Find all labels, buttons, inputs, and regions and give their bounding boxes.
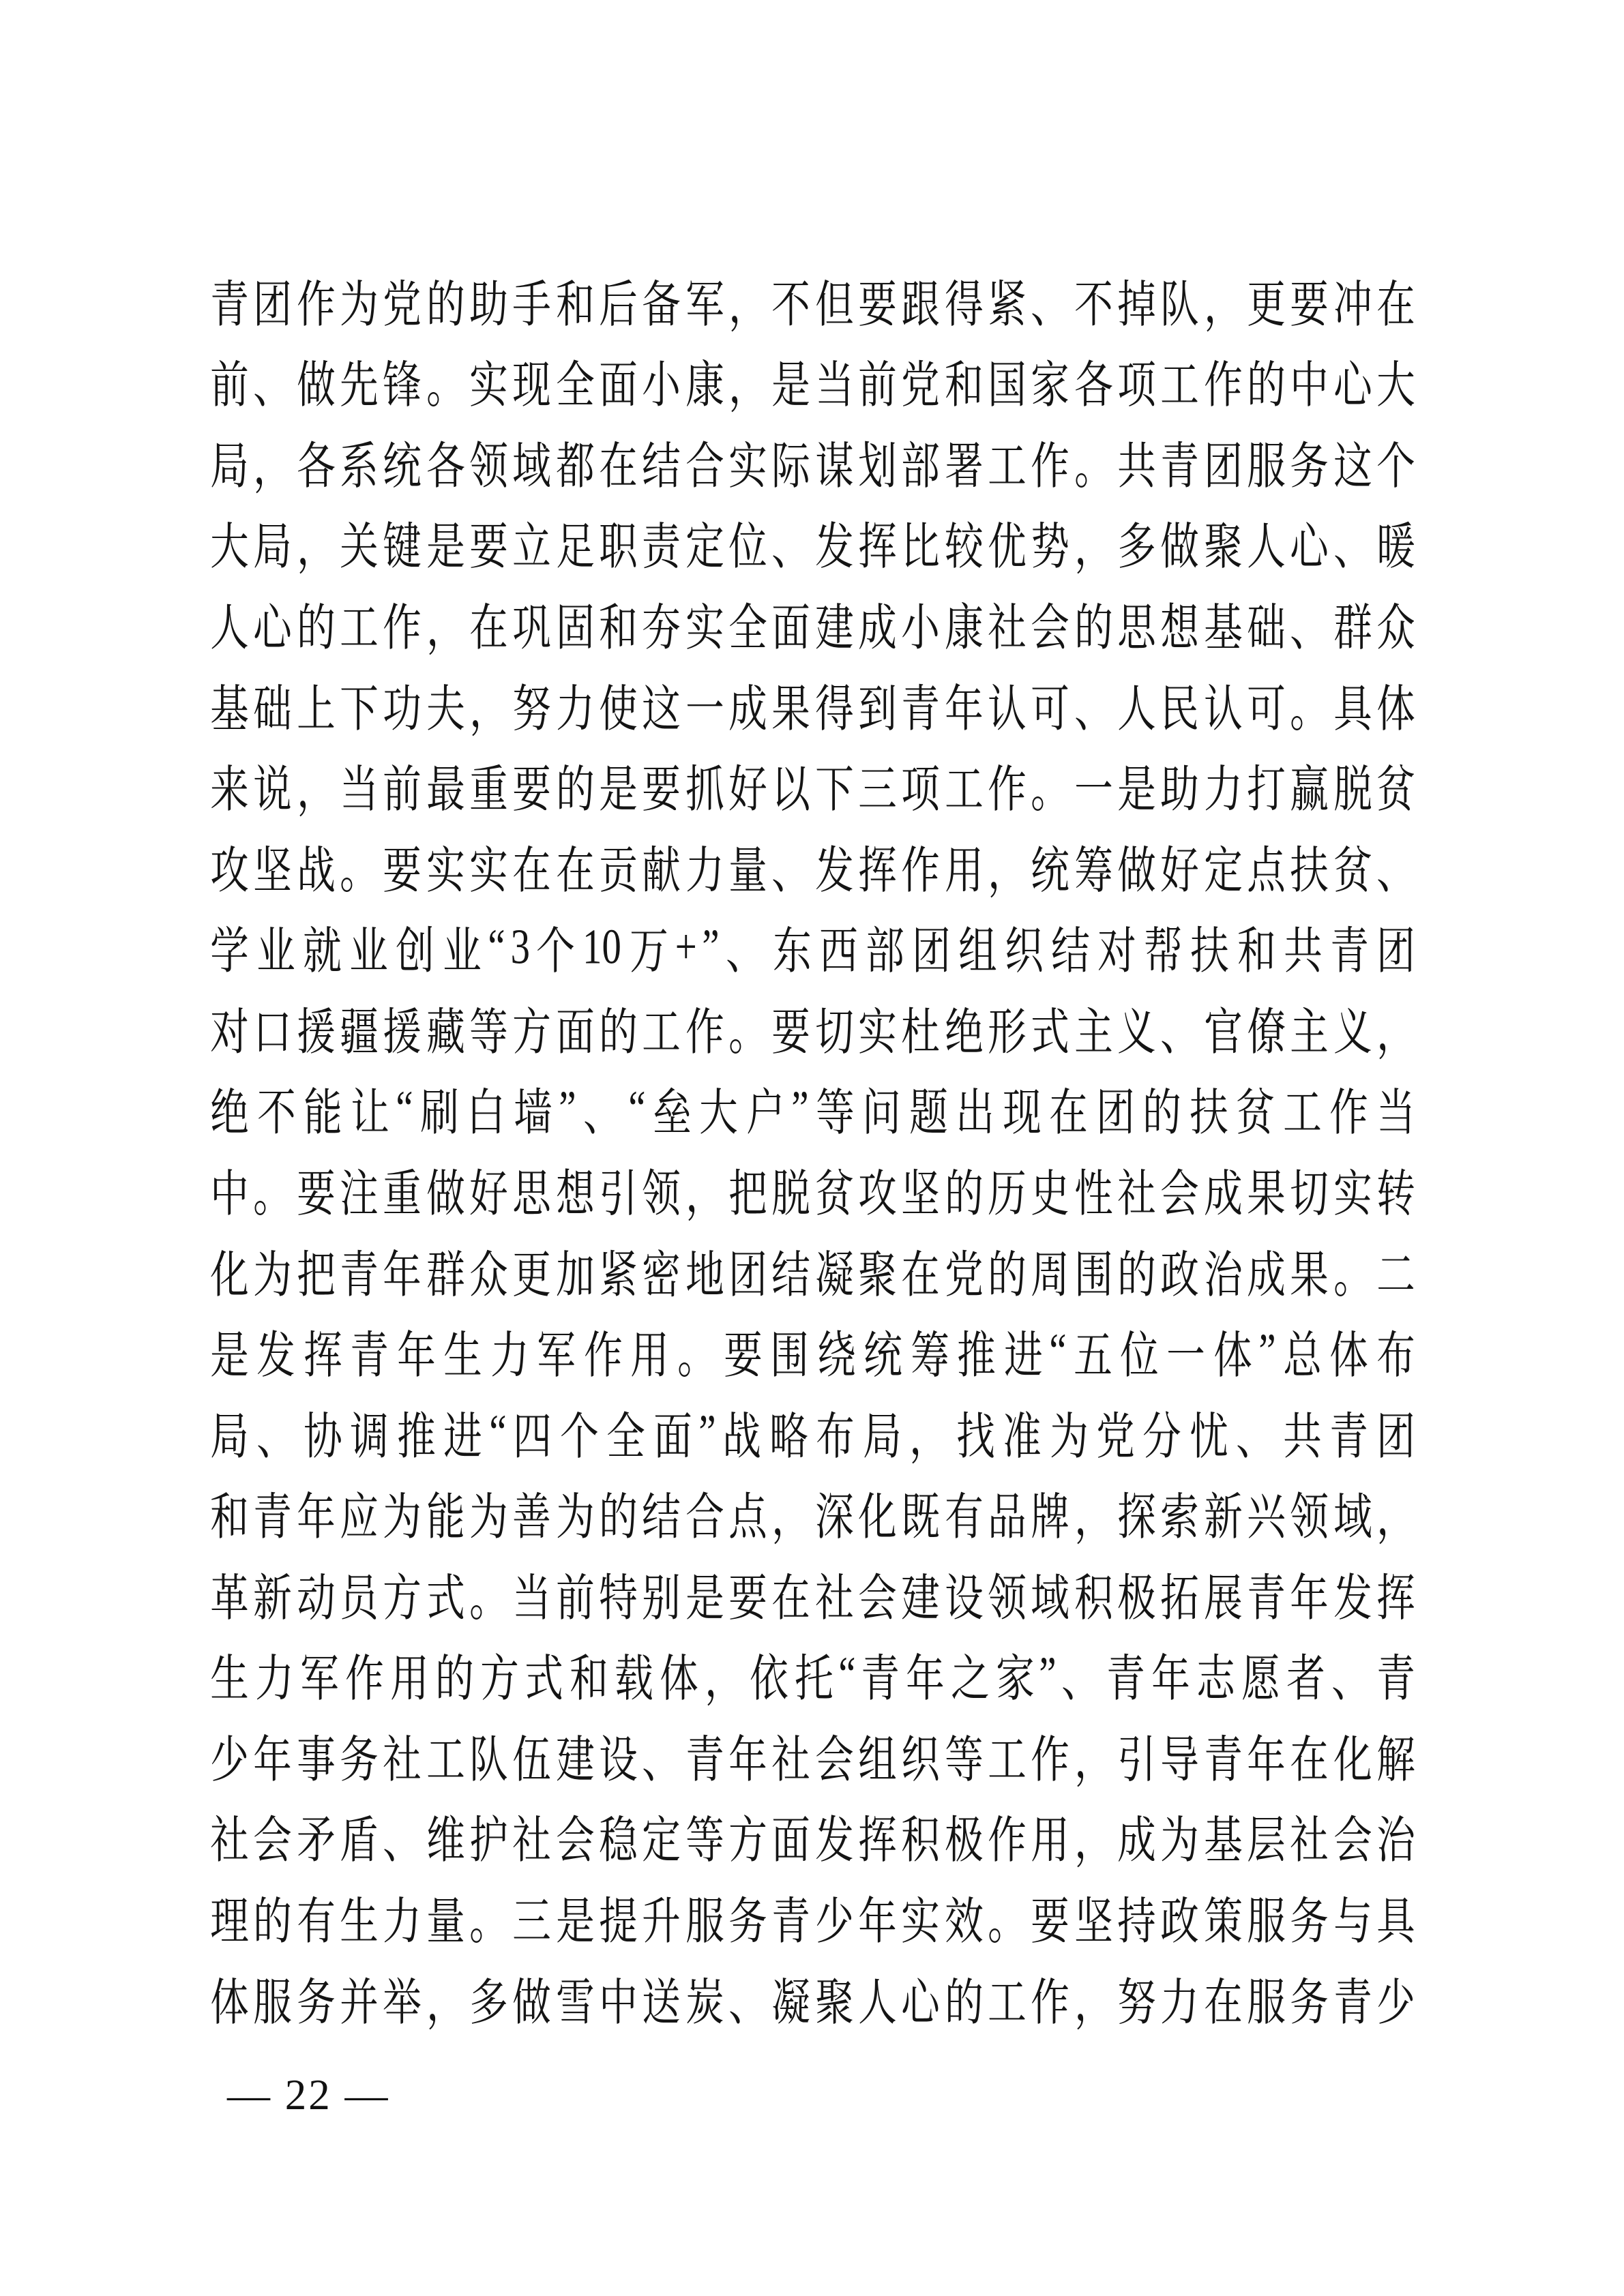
text-line: 化为把青年群众更加紧密地团结凝聚在党的周围的政治成果。二 [208, 1231, 1417, 1312]
page-number: — 22 — [227, 2070, 390, 2120]
text-line: 局、协调推进“四个全面”战略布局，找准为党分忧、共青团 [208, 1392, 1417, 1474]
text-line: 生力军作用的方式和载体，依托“青年之家”、青年志愿者、青 [208, 1635, 1417, 1716]
text-line: 大局，关键是要立足职责定位、发挥比较优势，多做聚人心、暖 [208, 503, 1417, 584]
document-body: 青团作为党的助手和后备军，不但要跟得紧、不掉队，更要冲在前、做先锋。实现全面小康… [208, 260, 1417, 2039]
text-line: 是发挥青年生力军作用。要围绕统筹推进“五位一体”总体布 [208, 1311, 1417, 1392]
text-line: 攻坚战。要实实在在贡献力量、发挥作用，统筹做好定点扶贫、 [208, 826, 1417, 908]
text-line: 和青年应为能为善为的结合点，深化既有品牌，探索新兴领域， [208, 1473, 1417, 1554]
text-line: 基础上下功夫，努力使这一成果得到青年认可、人民认可。具体 [208, 665, 1417, 746]
text-line: 社会矛盾、维护社会稳定等方面发挥积极作用，成为基层社会治 [208, 1797, 1417, 1878]
text-line: 理的有生力量。三是提升服务青少年实效。要坚持政策服务与具 [208, 1877, 1417, 1958]
text-line: 中。要注重做好思想引领，把脱贫攻坚的历史性社会成果切实转 [208, 1150, 1417, 1231]
page-footer: — 22 — [227, 2068, 390, 2122]
text-line: 青团作为党的助手和后备军，不但要跟得紧、不掉队，更要冲在 [208, 260, 1417, 342]
text-line: 人心的工作，在巩固和夯实全面建成小康社会的思想基础、群众 [208, 584, 1417, 665]
text-line: 体服务并举，多做雪中送炭、凝聚人心的工作，努力在服务青少 [208, 1958, 1417, 2040]
text-line: 少年事务社工队伍建设、青年社会组织等工作，引导青年在化解 [208, 1716, 1417, 1797]
text-line: 绝不能让“刷白墙”、“垒大户”等问题出现在团的扶贫工作当 [208, 1069, 1417, 1150]
text-line: 前、做先锋。实现全面小康，是当前党和国家各项工作的中心大 [208, 342, 1417, 423]
text-line: 革新动员方式。当前特别是要在社会建设领域积极拓展青年发挥 [208, 1554, 1417, 1635]
text-line: 局，各系统各领域都在结合实际谋划部署工作。共青团服务这个 [208, 422, 1417, 503]
document-page: 青团作为党的助手和后备军，不但要跟得紧、不掉队，更要冲在前、做先锋。实现全面小康… [0, 0, 1624, 2296]
text-line: 来说，当前最重要的是要抓好以下三项工作。一是助力打赢脱贫 [208, 745, 1417, 826]
text-line: 对口援疆援藏等方面的工作。要切实杜绝形式主义、官僚主义， [208, 988, 1417, 1069]
text-line: 学业就业创业“3个10万+”、东西部团组织结对帮扶和共青团 [208, 908, 1417, 989]
